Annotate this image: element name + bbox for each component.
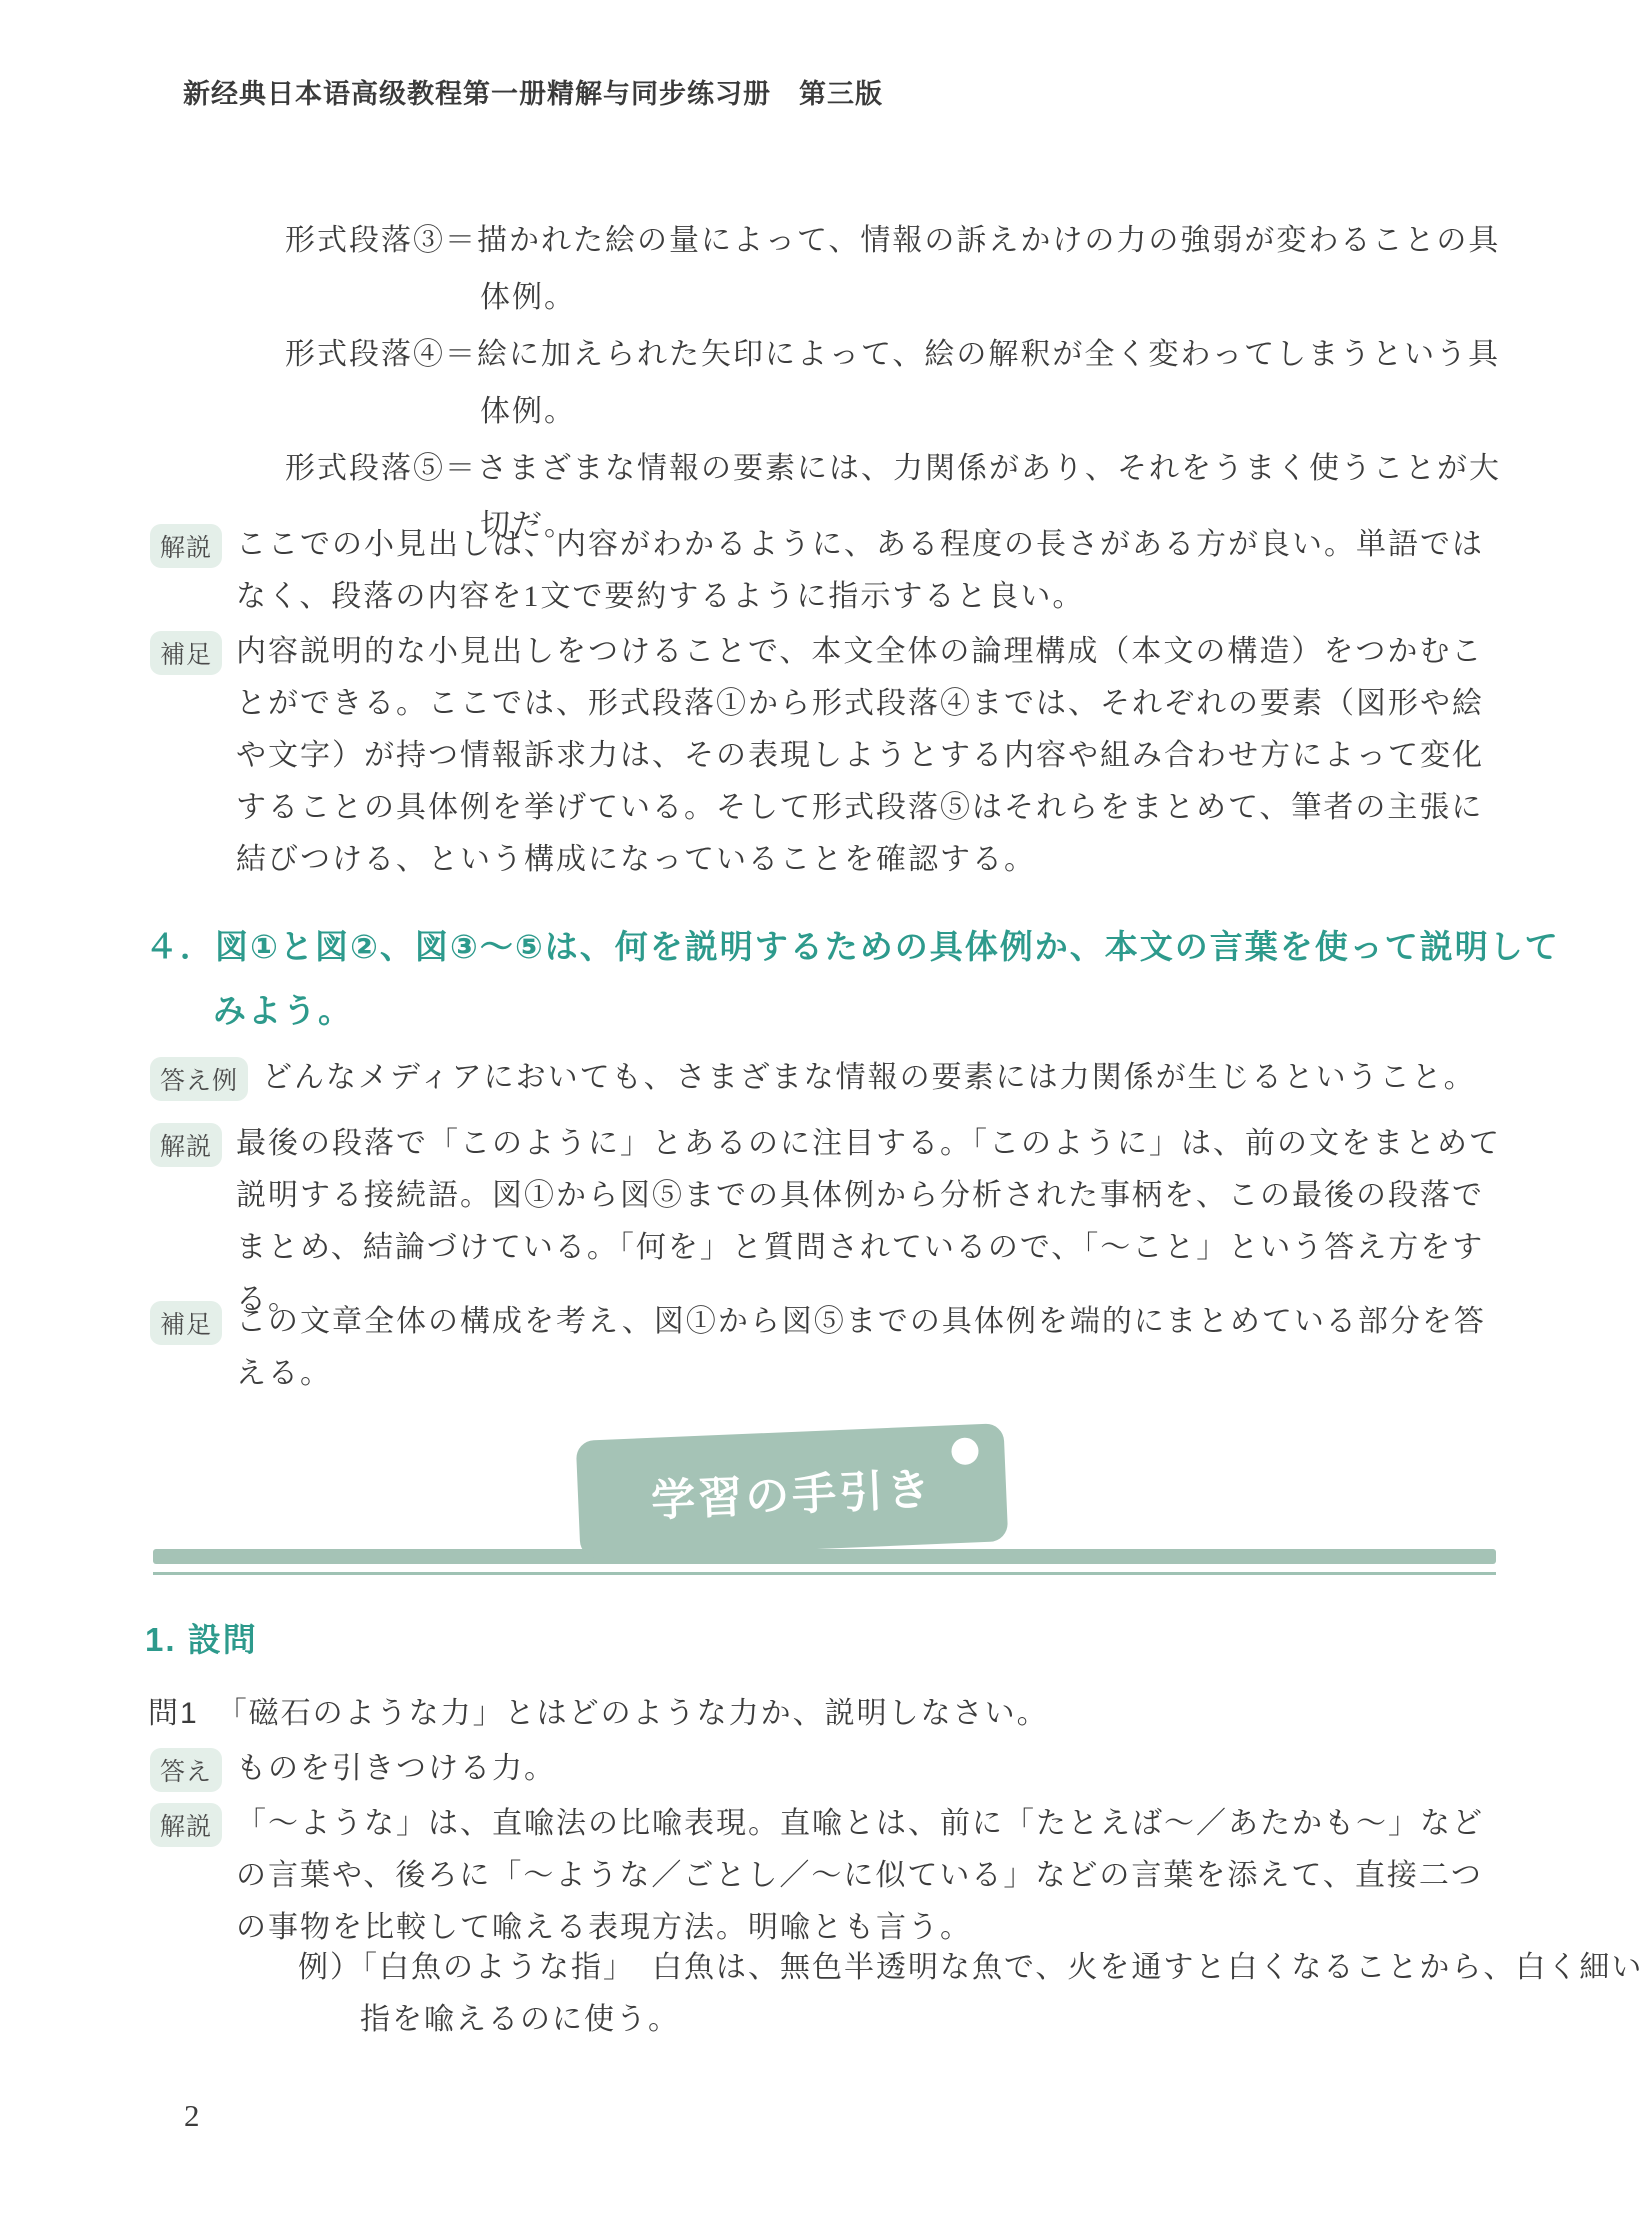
kaisetsu-label: 解説 bbox=[150, 1123, 222, 1167]
summary-item-head: 形式段落⑤＝ bbox=[285, 452, 477, 485]
kaisetsu-text: 「～ような」は、直喩法の比喩表現。直喩とは、前に「たとえば～／あたかも～」などの… bbox=[236, 1798, 1502, 1954]
kaisetsu-block: 解説 最後の段落で「このように」とあるのに注目する。「このように」は、前の文をま… bbox=[150, 1118, 1502, 1326]
hosoku-label: 補足 bbox=[150, 631, 222, 675]
kaisetsu-label: 解説 bbox=[150, 524, 222, 568]
hosoku-text: 内容説明的な小見出しをつけることで、本文全体の論理構成（本文の構造）をつかむこと… bbox=[236, 626, 1502, 886]
answer-example-label: 答え例 bbox=[150, 1057, 248, 1101]
running-header: 新经典日本语高级教程第一册精解与同步练习册 第三版 bbox=[183, 72, 883, 111]
setsumon-heading: 1. 設問 bbox=[145, 1608, 1505, 1672]
kaisetsu-text: ここでの小見出しは、内容がわかるように、ある程度の長さがある方が良い。単語ではな… bbox=[236, 519, 1502, 623]
question1-number: 問1 bbox=[148, 1697, 199, 1730]
section-divider-line bbox=[153, 1572, 1496, 1575]
workbook-page: 新经典日本语高级教程第一册精解与同步练习册 第三版 形式段落③＝描かれた絵の量に… bbox=[0, 0, 1650, 2225]
answer-text: ものを引きつける力。 bbox=[236, 1743, 1502, 1795]
answer-example-text: どんなメディアにおいても、さまざまな情報の要素には力関係が生じるということ。 bbox=[262, 1052, 1502, 1104]
answer-block: 答え ものを引きつける力。 bbox=[150, 1743, 1502, 1795]
page-number: 2 bbox=[184, 2098, 200, 2134]
example-block: 例）「白魚のような指」 白魚は、無色半透明な魚で、火を通すと白くなることから、白… bbox=[150, 1942, 1650, 2046]
kaisetsu-block: 解説 ここでの小見出しは、内容がわかるように、ある程度の長さがある方が良い。単語… bbox=[150, 519, 1502, 623]
summary-item-body: 描かれた絵の量によって、情報の訴えかけの力の強弱が変わることの具体例。 bbox=[477, 224, 1500, 314]
kaisetsu-label: 解説 bbox=[150, 1803, 222, 1847]
hosoku-text: この文章全体の構成を考え、図①から図⑤までの具体例を端的にまとめている部分を答え… bbox=[236, 1296, 1502, 1400]
summary-item-head: 形式段落④＝ bbox=[285, 338, 477, 371]
question1-text: 「磁石のような力」とはどのような力か、説明しなさい。 bbox=[217, 1697, 1049, 1730]
paragraph-summary-list: 形式段落③＝描かれた絵の量によって、情報の訴えかけの力の強弱が変わることの具体例… bbox=[150, 212, 1502, 554]
section-divider-bar bbox=[153, 1549, 1496, 1564]
question1-line: 問1「磁石のような力」とはどのような力か、説明しなさい。 bbox=[148, 1688, 1500, 1732]
answer-label: 答え bbox=[150, 1748, 222, 1792]
kaisetsu-text: 最後の段落で「このように」とあるのに注目する。「このように」は、前の文をまとめて… bbox=[236, 1118, 1502, 1326]
kaisetsu-block: 解説 「～ような」は、直喩法の比喩表現。直喩とは、前に「たとえば～／あたかも～」… bbox=[150, 1798, 1502, 1954]
hosoku-block: 補足 この文章全体の構成を考え、図①から図⑤までの具体例を端的にまとめている部分… bbox=[150, 1296, 1502, 1400]
summary-item-head: 形式段落③＝ bbox=[285, 224, 477, 257]
hosoku-label: 補足 bbox=[150, 1301, 222, 1345]
study-guide-banner-title: 学習の手引き bbox=[650, 1453, 934, 1529]
summary-item: 形式段落③＝描かれた絵の量によって、情報の訴えかけの力の強弱が変わることの具体例… bbox=[150, 212, 1502, 326]
answer-example-block: 答え例 どんなメディアにおいても、さまざまな情報の要素には力関係が生じるというこ… bbox=[150, 1052, 1502, 1104]
summary-item: 形式段落④＝絵に加えられた矢印によって、絵の解釈が全く変わってしまうという具体例… bbox=[150, 326, 1502, 440]
question4-heading: ４．図①と図②、図③～⑤は、何を説明するための具体例か、本文の言葉を使って説明し… bbox=[145, 915, 1573, 1043]
summary-item-body: 絵に加えられた矢印によって、絵の解釈が全く変わってしまうという具体例。 bbox=[477, 338, 1500, 428]
study-guide-banner: 学習の手引き bbox=[576, 1423, 1009, 1559]
banner-dot-icon bbox=[951, 1437, 979, 1465]
hosoku-block: 補足 内容説明的な小見出しをつけることで、本文全体の論理構成（本文の構造）をつか… bbox=[150, 626, 1502, 886]
